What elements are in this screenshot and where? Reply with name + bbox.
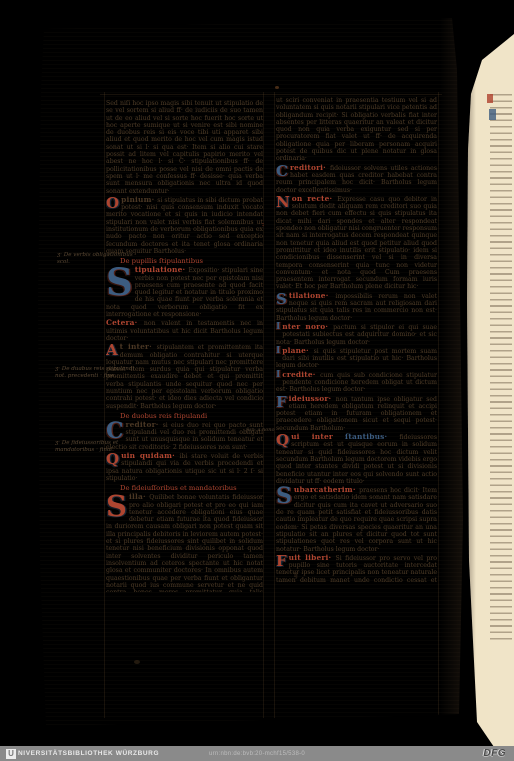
text-layer: Sed niſi hoc ipso magis sibi tenuit ut s…	[0, 0, 514, 761]
text-section: Fuit liberi· Si fideiussor pro servo vel…	[276, 554, 437, 583]
section-label: reditori·	[290, 163, 330, 172]
decorated-initial: S	[106, 267, 133, 298]
margin-note-line: ʒ· De fideiussoribus et	[55, 440, 118, 447]
decorated-initial: O	[106, 197, 119, 210]
body-text: ut sciri conveniat in praesentia testium…	[276, 97, 437, 162]
margin-note-line: not. precedenti · fine.	[55, 373, 134, 380]
decorated-initial: F	[276, 396, 287, 409]
dfg-logo: DFG	[483, 748, 506, 759]
section-label: tipulatione·	[135, 265, 189, 274]
margin-note-line: ſup· a nono	[246, 427, 274, 434]
text-section: Stipulatione· Expositio· stipulari sine …	[106, 266, 263, 318]
section-label: pinium·	[121, 195, 157, 204]
section-label: ui inter	[291, 432, 345, 441]
section-label: ideiussor·	[289, 394, 336, 403]
margin-note: ʒ· De fideiussoribus et mandatoribus · f…	[55, 440, 118, 453]
decorated-initial: Q	[106, 453, 119, 466]
decorated-initial: I	[276, 372, 280, 380]
decorated-initial: Q	[276, 434, 289, 447]
section-label: tilatione·	[289, 291, 336, 300]
decorated-initial: C	[106, 422, 124, 441]
text-colA: Sed niſi hoc ipso magis sibi tenuit ut s…	[106, 100, 263, 592]
text-section: Creditor· si eius duo rei quo pacto sunt…	[106, 421, 263, 451]
text-section: Inter noro· pactum si stipulor ei qui su…	[276, 323, 437, 346]
section-label: nter noro·	[282, 322, 333, 331]
ink-mark: :	[262, 221, 264, 228]
section-label: plane·	[282, 346, 313, 355]
text-section: Non recte· Expresse casu quo debitor in …	[276, 195, 437, 291]
decorated-initial: S	[276, 293, 287, 306]
body-text: praesens hoc dicit· Item ergo et satisda…	[276, 487, 437, 552]
text-section: Iplane· si quis stipuletur post mortem s…	[276, 347, 437, 370]
decorated-initial: N	[276, 196, 290, 209]
section-label: on recte·	[292, 194, 338, 203]
body-text: Sed niſi hoc ipso magis sibi tenuit ut s…	[106, 100, 263, 195]
decorated-initial: I	[276, 348, 280, 356]
margin-note-line: ʒ· De duabus reis stipulandi	[55, 366, 134, 373]
text-paragraph: ut sciri conveniat in praesentia testium…	[276, 97, 437, 163]
decorated-initial: F	[276, 555, 287, 568]
decorated-initial: S	[276, 487, 292, 506]
section-label: t inter·	[120, 342, 157, 351]
section-label: ubarcatherim·	[294, 485, 359, 494]
section-label: uin quidam·	[121, 451, 179, 460]
text-section: Qui inter ſtantibus· fideiussores script…	[276, 433, 437, 485]
decorated-initial: C	[276, 165, 288, 178]
text-section: Opinium· si stipulatus in sibi dictum pr…	[106, 196, 263, 255]
section-label: ſtantibus·	[345, 432, 399, 441]
ink-mark: ij	[294, 572, 298, 579]
text-section: Fideiussor· non tantum ipse obligatur se…	[276, 395, 437, 432]
text-section: Creditori· fideiussor solvens utiles act…	[276, 164, 437, 194]
margin-note-line: mandatoribus · final.	[55, 447, 118, 454]
text-section: Quin quidam· ibi stare voluit de verbis …	[106, 452, 263, 482]
text-colB: ut sciri conveniat in praesentia testium…	[276, 97, 437, 583]
section-label: reditor·	[126, 420, 163, 429]
decorated-initial: A	[106, 344, 118, 357]
body-text: Expresse casu quo debitor in solutum ded…	[276, 196, 437, 291]
body-text: fideiussores scriptum est ut quisque eor…	[276, 434, 437, 485]
digitized-manuscript-view: Sed niſi hoc ipso magis sibi tenuit ut s…	[0, 0, 514, 761]
margin-note-line: ʒ· De verbis obligationibus	[57, 252, 133, 259]
urn-label: urn:nbn:de:bvb:20-mchf15/538-0	[0, 751, 514, 757]
section-label: uit liberi·	[289, 553, 336, 562]
section-label: illa·	[129, 492, 149, 501]
text-section: Silla· Quilibet bonae voluntatis fideius…	[106, 493, 263, 592]
text-section: Icredite· cum quis sub condicione stipul…	[276, 371, 437, 394]
text-section: Stilatione· impossibilis rerum non valet…	[276, 292, 437, 322]
text-paragraph: Sed niſi hoc ipso magis sibi tenuit ut s…	[106, 100, 263, 195]
body-text: Quilibet bonae voluntatis fideiussor pro…	[106, 494, 263, 592]
text-section: Cetera· non valent in testamentis nec in…	[106, 319, 263, 342]
body-text: si stipulatus in sibi dictum probat pote…	[106, 197, 263, 255]
footer-bar: U NIVERSITÄTSBIBLIOTHEK WÜRZBURG urn:nbn…	[0, 746, 514, 761]
margin-note: ʒ· De duabus reis stipulandi not. preced…	[55, 366, 134, 379]
margin-note-line: scol.	[57, 259, 133, 266]
decorated-initial: S	[106, 494, 127, 519]
decorated-initial: I	[276, 324, 280, 332]
section-label: Cetera·	[106, 318, 144, 327]
rubric: De duobus reis ſtipulandi	[106, 412, 263, 420]
section-label: credite·	[282, 370, 320, 379]
margin-note: ʒ· De verbis obligationibus scol.	[57, 252, 133, 265]
margin-note: ſup· a nono	[246, 427, 274, 434]
text-section: Subarcatherim· praesens hoc dicit· Item …	[276, 486, 437, 553]
